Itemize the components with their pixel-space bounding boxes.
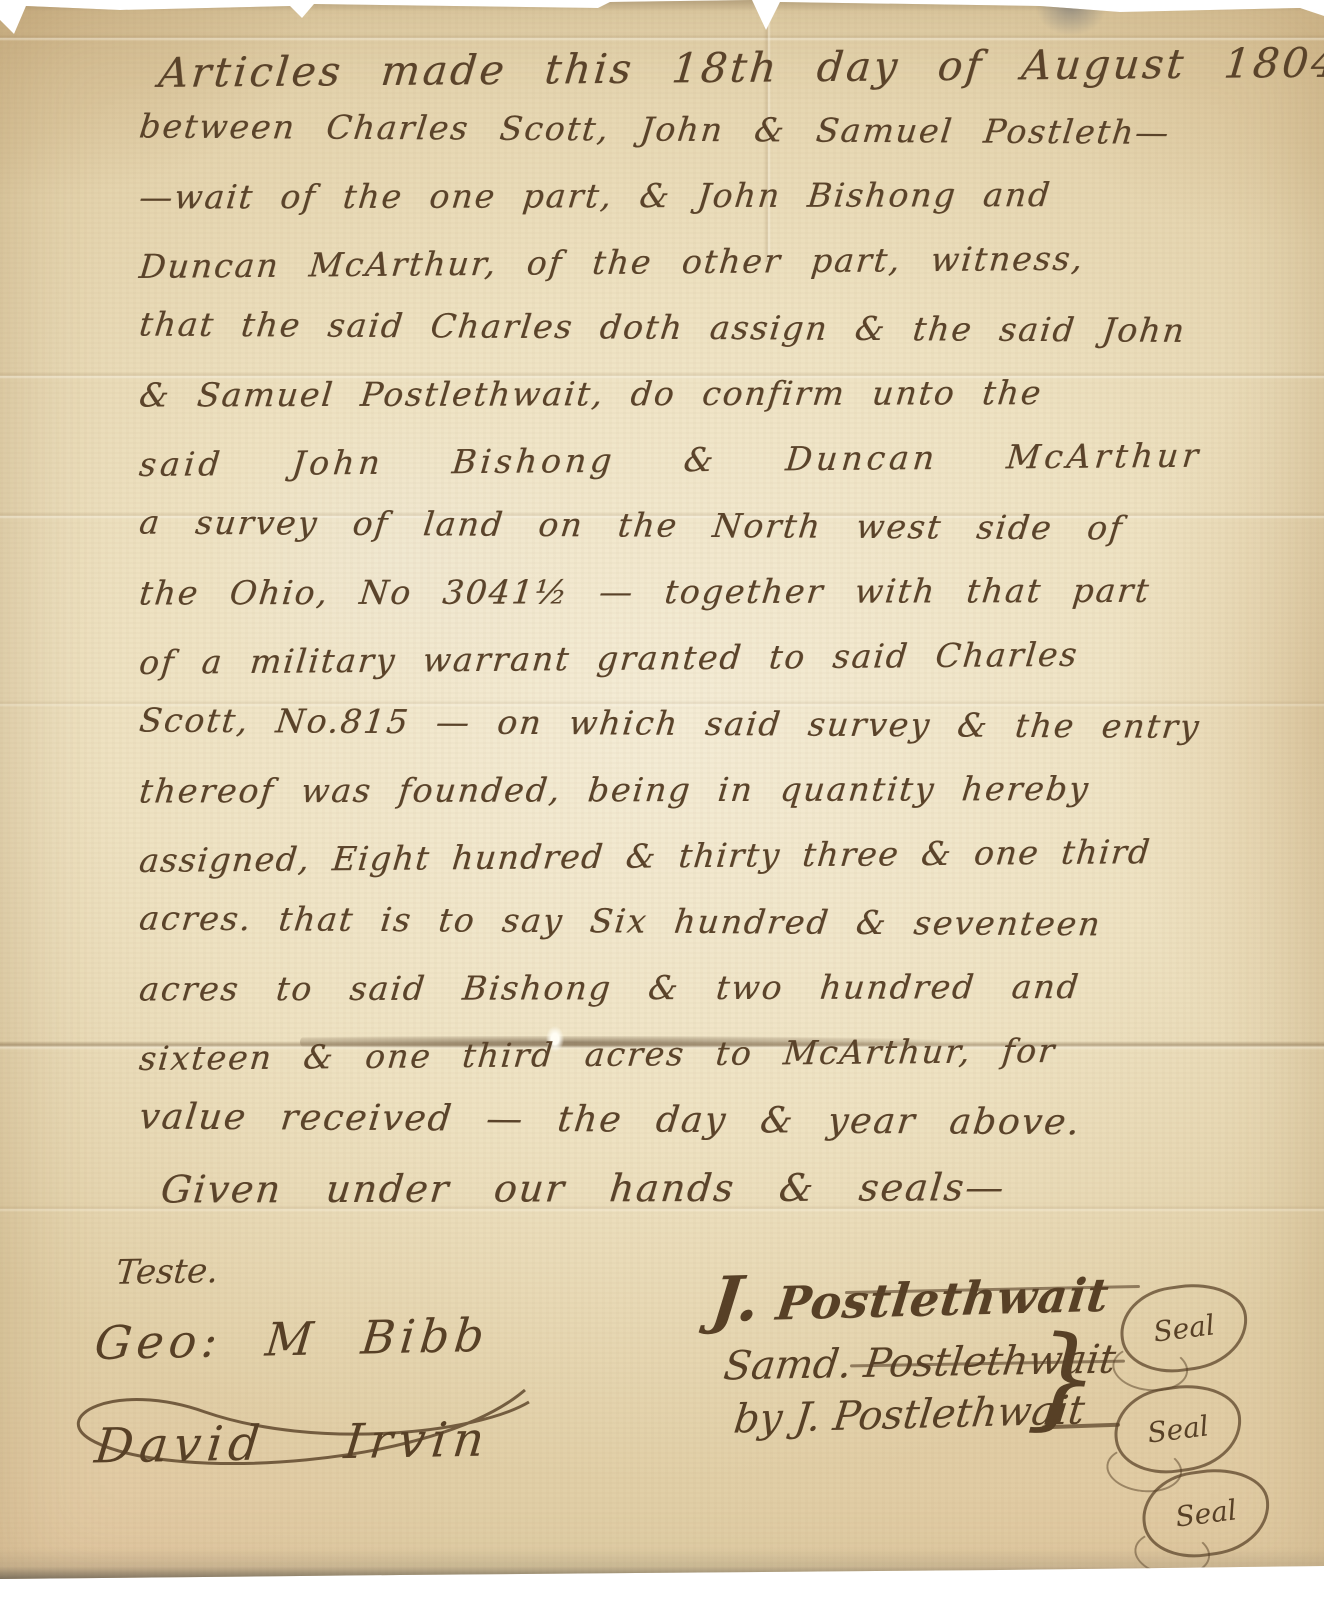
scanner-smudge xyxy=(1035,0,1107,36)
document-line: of a military warrant granted to said Ch… xyxy=(135,633,1281,709)
paper-bottom-edge-shadow xyxy=(0,1548,1324,1582)
document-line: value received — the day & year above. xyxy=(134,1097,1281,1170)
witness-signature-irvin: David Irvin xyxy=(92,1411,493,1474)
document-line: said John Bishong & Duncan McArthur xyxy=(135,435,1281,511)
seal-label: Seal xyxy=(1113,1275,1255,1380)
document-line: sixteen & one third acres to McArthur, f… xyxy=(135,1029,1281,1105)
seal-flourish: Seal xyxy=(1118,1283,1250,1373)
paper-top-edge-shading xyxy=(0,0,1324,12)
document-body: Articles made this 18th day of August 18… xyxy=(138,44,1278,1232)
document-line: & Samuel Postlethwait, do confirm unto t… xyxy=(135,372,1282,441)
teste-label: Teste. xyxy=(114,1251,220,1293)
document-line: Duncan McArthur, of the other part, witn… xyxy=(135,237,1281,313)
scanned-document: Articles made this 18th day of August 18… xyxy=(0,0,1324,1599)
paper-sheet: Articles made this 18th day of August 18… xyxy=(0,0,1324,1599)
document-line: Articles made this 18th day of August 18… xyxy=(155,39,1281,115)
witness-signature-bibb: Geo: M Bibb xyxy=(92,1308,491,1370)
document-line: the Ohio, No 3041½ — together with that … xyxy=(135,570,1282,639)
document-line: between Charles Scott, John & Samuel Pos… xyxy=(134,107,1281,180)
document-line: Given under our hands & seals— xyxy=(157,1165,1282,1234)
document-line: —wait of the one part, & John Bishong an… xyxy=(135,174,1282,243)
document-line: Scott, No.815 — on which said survey & t… xyxy=(134,701,1281,774)
document-line: assigned, Eight hundred & thirty three &… xyxy=(135,831,1281,907)
document-line: acres. that is to say Six hundred & seve… xyxy=(134,899,1281,972)
seal-flourish: Seal xyxy=(1140,1468,1272,1558)
document-line: a survey of land on the North west side … xyxy=(134,503,1281,576)
signature-brace: } xyxy=(1025,1320,1102,1436)
document-line: thereof was founded, being in quantity h… xyxy=(135,768,1282,837)
document-line: acres to said Bishong & two hundred and xyxy=(135,966,1282,1035)
seal-flourish: Seal xyxy=(1112,1384,1244,1474)
document-line: that the said Charles doth assign & the … xyxy=(134,305,1281,378)
